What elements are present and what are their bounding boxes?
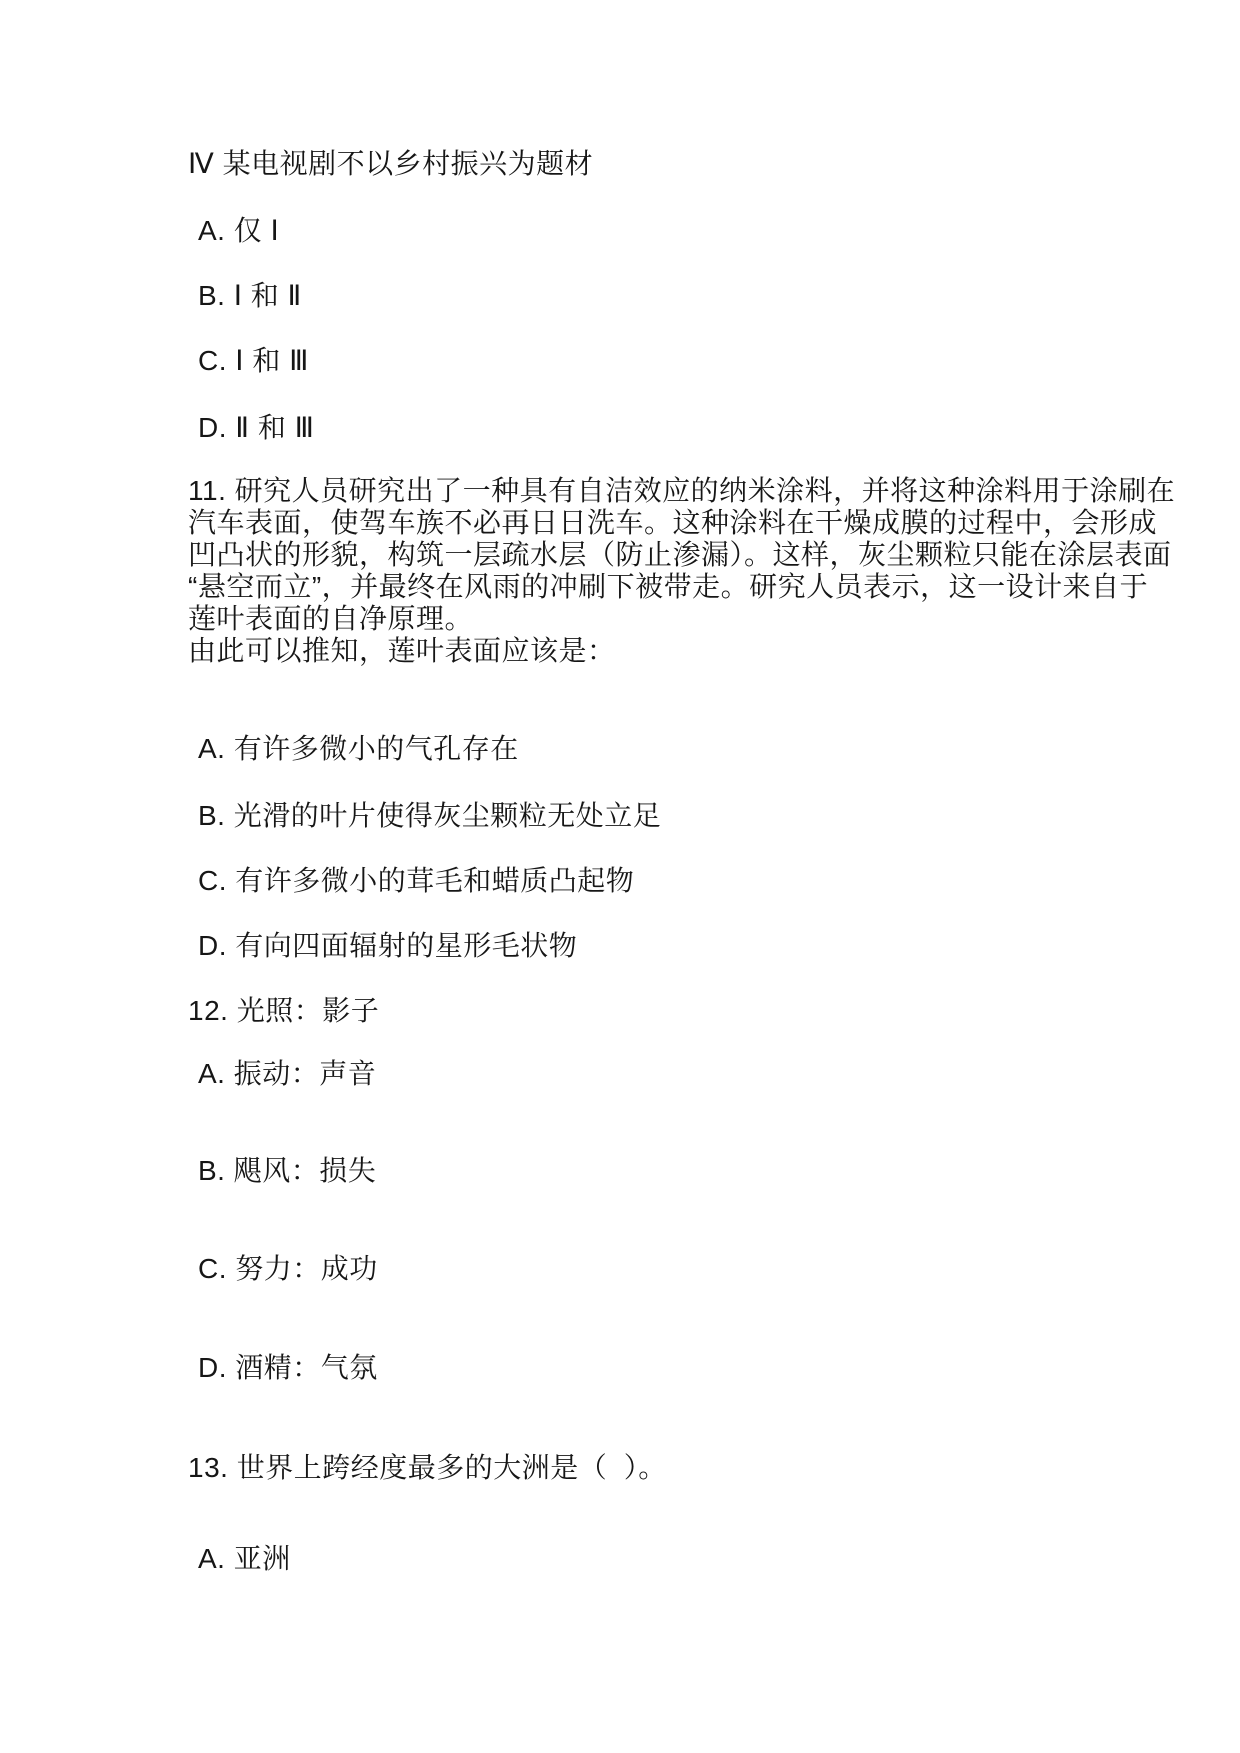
q10-option-b: B. Ⅰ 和 Ⅱ <box>198 280 302 312</box>
q13-stem: 13. 世界上跨经度最多的大洲是（ ）。 <box>188 1452 667 1484</box>
q11-option-b: B. 光滑的叶片使得灰尘颗粒无处立足 <box>198 800 661 832</box>
q11-stem-line-5: 莲叶表面的自净原理。 <box>188 603 1175 635</box>
q11-option-c: C. 有许多微小的茸毛和蜡质凸起物 <box>198 865 634 897</box>
q10-option-a: A. 仅 Ⅰ <box>198 215 279 247</box>
q11-stem-line-4: “悬空而立”，并最终在风雨的冲刷下被带走。研究人员表示，这一设计来自于 <box>188 571 1175 603</box>
q12-option-d: D. 酒精：气氛 <box>198 1352 378 1384</box>
q10-statement-iv: Ⅳ 某电视剧不以乡村振兴为题材 <box>188 148 593 180</box>
q11-option-d: D. 有向四面辐射的星形毛状物 <box>198 930 577 962</box>
q12-option-a: A. 振动：声音 <box>198 1058 376 1090</box>
q11-stem-line-3: 凹凸状的形貌，构筑一层疏水层（防止渗漏）。这样，灰尘颗粒只能在涂层表面 <box>188 539 1175 571</box>
q11-stem: 11. 研究人员研究出了一种具有自洁效应的纳米涂料，并将这种涂料用于涂刷在 汽车… <box>188 475 1175 667</box>
q12-option-c: C. 努力：成功 <box>198 1253 378 1285</box>
q12-stem: 12. 光照：影子 <box>188 995 379 1027</box>
q11-stem-line-2: 汽车表面，使驾车族不必再日日洗车。这种涂料在干燥成膜的过程中，会形成 <box>188 507 1175 539</box>
q11-option-a: A. 有许多微小的气孔存在 <box>198 733 519 765</box>
exam-page: Ⅳ 某电视剧不以乡村振兴为题材 A. 仅 Ⅰ B. Ⅰ 和 Ⅱ C. Ⅰ 和 Ⅲ… <box>0 0 1240 1753</box>
q11-stem-line-6: 由此可以推知，莲叶表面应该是： <box>188 635 1175 667</box>
q12-option-b: B. 飓风：损失 <box>198 1155 376 1187</box>
q13-option-a: A. 亚洲 <box>198 1543 291 1575</box>
q10-option-c: C. Ⅰ 和 Ⅲ <box>198 345 309 377</box>
q10-option-d: D. Ⅱ 和 Ⅲ <box>198 412 314 444</box>
q11-stem-line-1: 11. 研究人员研究出了一种具有自洁效应的纳米涂料，并将这种涂料用于涂刷在 <box>188 475 1175 507</box>
